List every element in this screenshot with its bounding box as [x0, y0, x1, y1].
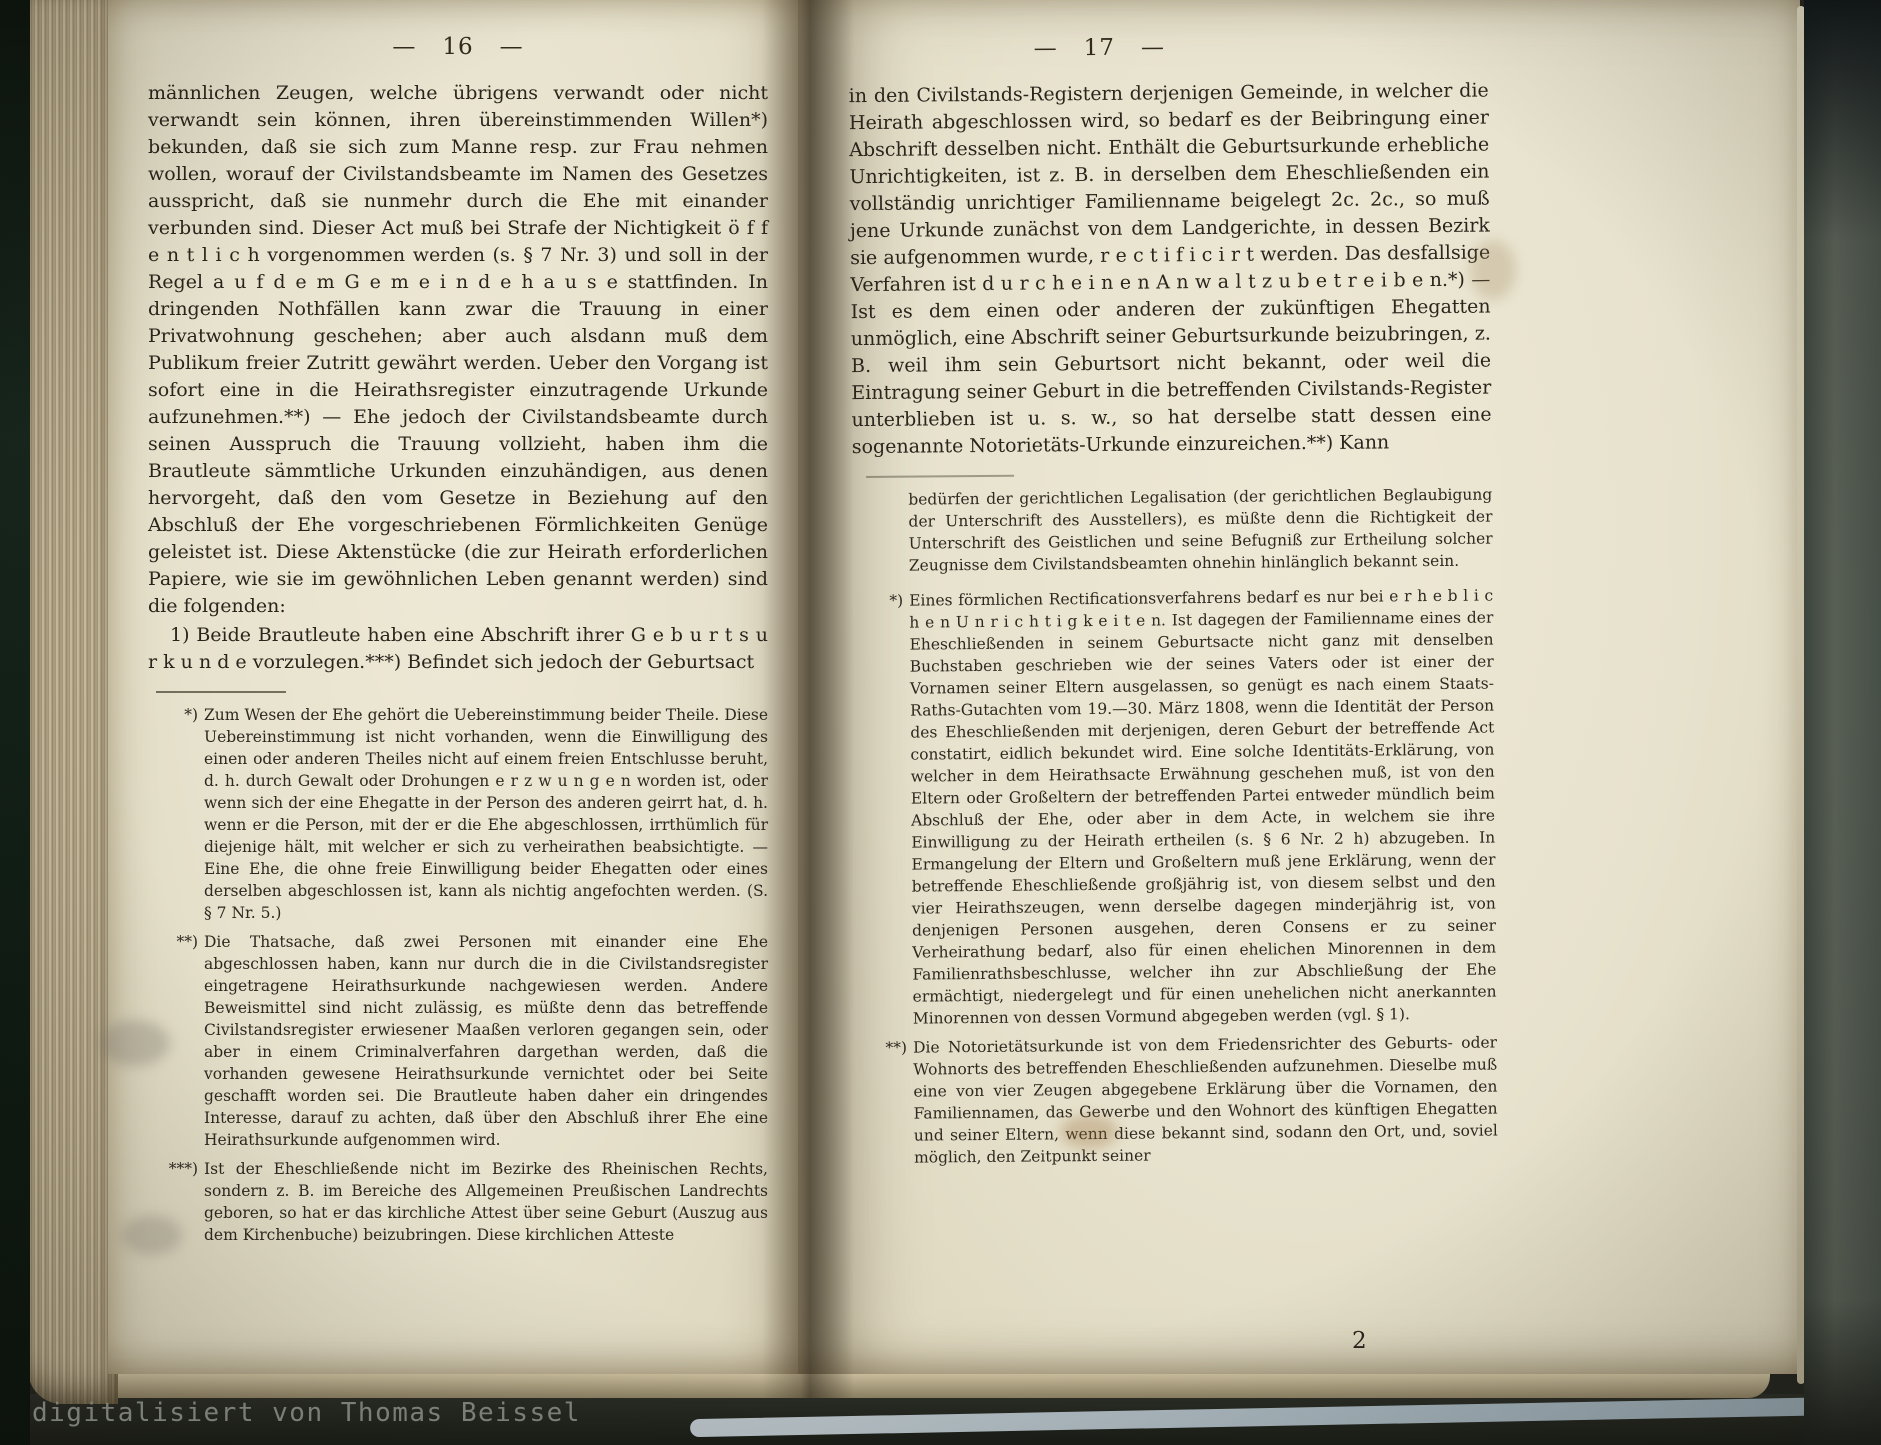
footnote: **) Die Notorietätsurkunde ist von dem F… — [857, 1031, 1498, 1169]
header-dash: — — [1141, 34, 1165, 60]
book-cover-right-shadow-bottom — [1804, 1300, 1881, 1445]
footnote-marker: *) — [148, 704, 204, 924]
page-stack-fore-edge — [28, 0, 118, 1404]
paragraph: männlichen Zeugen, welche übrigens verwa… — [148, 80, 768, 620]
footnote-text: Ist der Eheschließende nicht im Bezirke … — [204, 1158, 768, 1246]
page-16-number: 16 — [442, 34, 473, 60]
footnote-text: Die Notorietätsurkunde ist von dem Fried… — [913, 1031, 1498, 1168]
page-16-header: —16— — [148, 34, 768, 60]
page-16: —16— männlichen Zeugen, welche übrigens … — [108, 0, 798, 1374]
page-16-content: —16— männlichen Zeugen, welche übrigens … — [108, 0, 798, 1246]
footnote: *) Eines förmlichen Rectificationsverfah… — [853, 585, 1497, 1031]
footnote-text: Die Thatsache, daß zwei Personen mit ein… — [204, 931, 768, 1151]
footnote-text: Eines förmlichen Rectificationsverfahren… — [909, 585, 1497, 1030]
page-17-header: —17— — [824, 33, 1374, 64]
page-16-body: männlichen Zeugen, welche übrigens verwa… — [148, 80, 768, 676]
header-dash: — — [500, 34, 524, 60]
footnote: *) Zum Wesen der Ehe gehört die Ueberein… — [148, 704, 768, 924]
footnote-text: Zum Wesen der Ehe gehört die Uebereinsti… — [204, 704, 768, 924]
header-dash: — — [1034, 35, 1058, 61]
footnote-separator — [866, 475, 1014, 478]
footnote: ***) Ist der Eheschließende nicht im Bez… — [148, 1158, 768, 1246]
signature-mark: 2 — [1352, 1328, 1367, 1354]
digitization-watermark: digitalisiert von Thomas Beissel — [32, 1398, 581, 1428]
header-dash: — — [392, 34, 416, 60]
footnote-marker: ***) — [148, 1158, 204, 1246]
paragraph: 1) Beide Brautleute haben eine Abschrift… — [148, 622, 768, 676]
page-17: —17— in den Civilstands-Registern derjen… — [798, 0, 1800, 1374]
footnote-marker: **) — [857, 1037, 914, 1169]
paragraph: in den Civilstands-Registern derjenigen … — [849, 78, 1492, 462]
page-17-number: 17 — [1084, 35, 1116, 61]
footnote-marker: **) — [148, 931, 204, 1151]
page-17-content: —17— in den Civilstands-Registern derjen… — [798, 0, 1800, 1170]
book-cover-right-shadow-top — [1804, 0, 1881, 240]
page-17-body: in den Civilstands-Registern derjenigen … — [849, 78, 1492, 462]
page-16-footnotes: *) Zum Wesen der Ehe gehört die Ueberein… — [148, 704, 768, 1246]
book-scan: —16— männlichen Zeugen, welche übrigens … — [0, 0, 1881, 1445]
page-bottom-edge — [70, 1372, 1770, 1398]
page-17-footnotes: bedürfen der gerichtlichen Legalisation … — [852, 484, 1498, 1170]
footnote-continuation: bedürfen der gerichtlichen Legalisation … — [908, 484, 1493, 577]
book-cover-left-edge — [0, 0, 30, 1445]
footnote-separator — [156, 691, 286, 693]
footnote: **) Die Thatsache, daß zwei Personen mit… — [148, 931, 768, 1151]
footnote-marker: *) — [853, 590, 913, 1030]
